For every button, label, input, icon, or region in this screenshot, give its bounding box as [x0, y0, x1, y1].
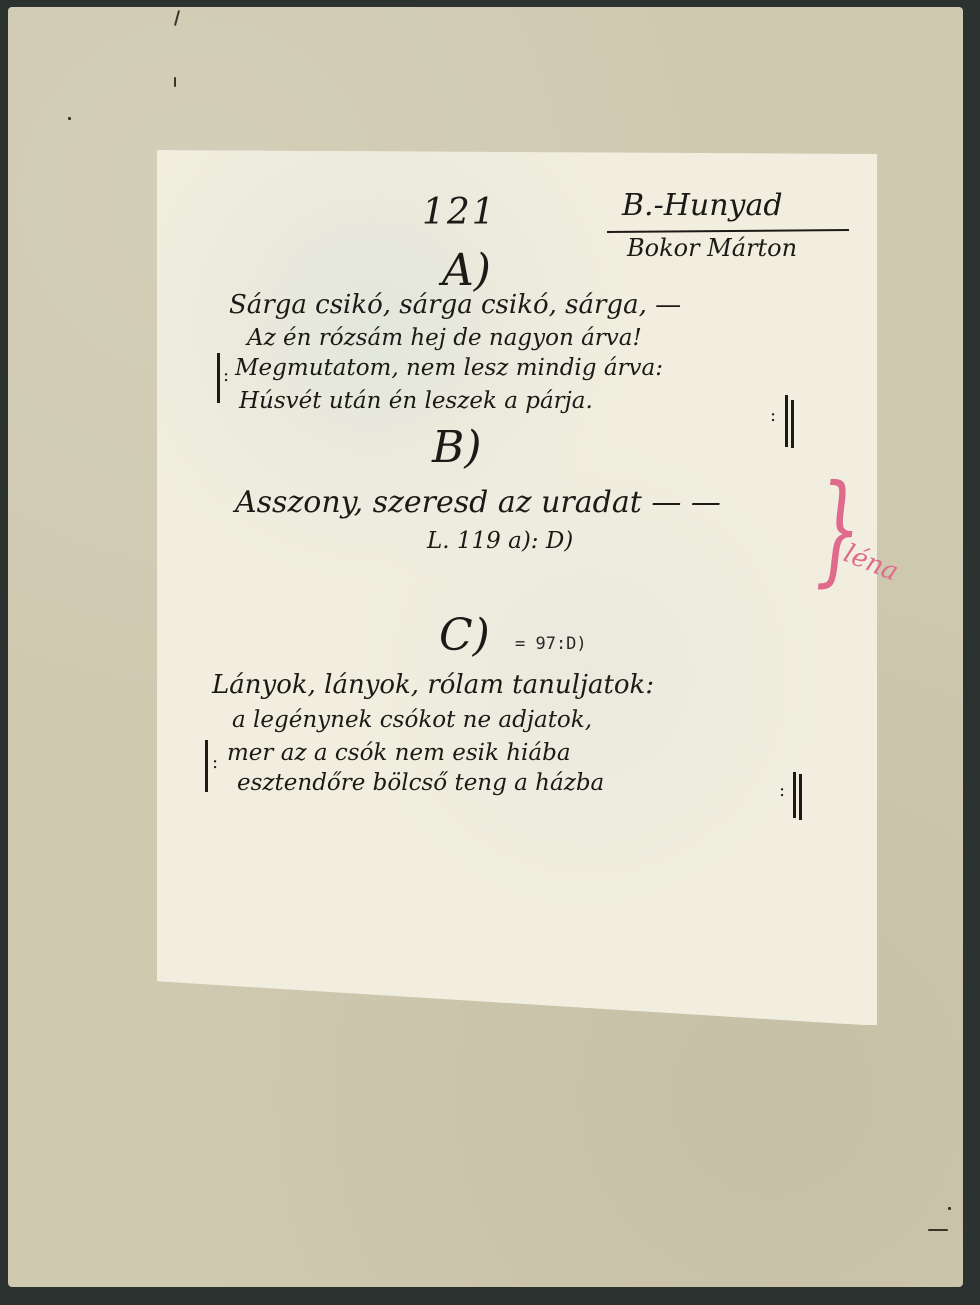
- repeat-open-dots: :: [223, 365, 229, 386]
- section-c-line-2: a legénynek csókot ne adjatok,: [232, 707, 592, 733]
- section-b-crossref: L. 119 a): D): [427, 528, 573, 554]
- repeat-close-dots: :: [770, 405, 776, 426]
- collection-place: B.-Hunyad: [622, 188, 783, 223]
- repeat-close-bar: [791, 400, 794, 448]
- informant-name: Bokor Márton: [627, 234, 797, 262]
- section-a-label: A): [442, 245, 491, 296]
- section-a-line-4: Húsvét után én leszek a párja.: [239, 388, 593, 414]
- board-speck: [948, 1207, 951, 1210]
- section-c-line-4: esztendőre bölcső teng a házba: [237, 770, 604, 796]
- board-speck: [928, 1229, 948, 1231]
- song-number: 121: [422, 192, 497, 233]
- board-speck: [174, 77, 176, 87]
- section-a-line-1: Sárga csikó, sárga csikó, sárga, —: [229, 290, 681, 320]
- section-c-line-3: mer az a csók nem esik hiába: [227, 740, 571, 766]
- manuscript-card: 121 B.-Hunyad Bokor Márton A) Sárga csik…: [157, 150, 877, 1025]
- repeat-open-bar: [205, 740, 208, 792]
- repeat-close-dots: :: [779, 780, 785, 801]
- board-speck: [174, 10, 180, 26]
- repeat-open-bar: [217, 353, 220, 403]
- section-a-line-2: Az én rózsám hej de nagyon árva!: [247, 325, 642, 351]
- section-b-label: B): [432, 422, 482, 473]
- section-c-crossref: = 97:D): [515, 634, 587, 654]
- repeat-close-bar: [785, 395, 788, 447]
- section-c-line-1: Lányok, lányok, rólam tanuljatok:: [212, 670, 654, 700]
- section-a-line-3: Megmutatom, nem lesz mindig árva:: [235, 355, 663, 381]
- header-underline: [607, 229, 849, 233]
- section-c-label: C): [439, 610, 490, 661]
- repeat-open-dots: :: [212, 752, 218, 773]
- board-speck: [68, 117, 71, 120]
- repeat-close-bar: [793, 772, 796, 818]
- repeat-close-bar: [799, 774, 802, 820]
- section-b-line-1: Asszony, szeresd az uradat — —: [235, 485, 721, 520]
